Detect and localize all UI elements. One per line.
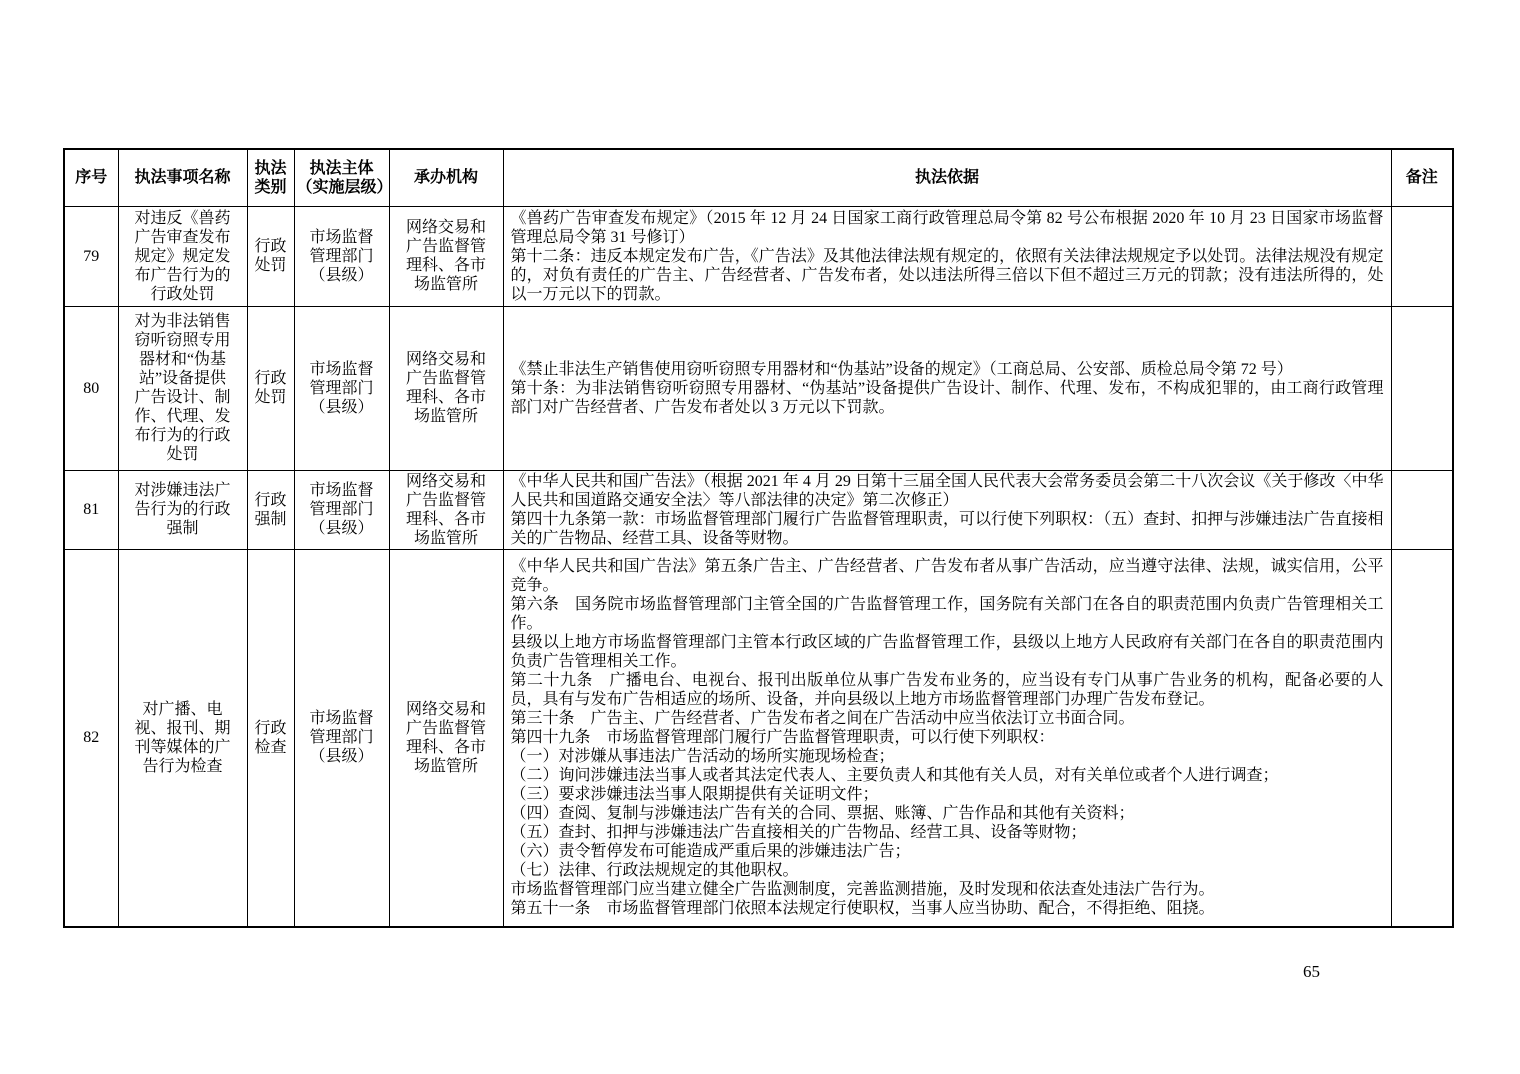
enforcement-items-table: 序号 执法事项名称 执法类别 执法主体（实施层级） 承办机构 执法依据 备注 7…: [63, 148, 1454, 928]
cell-basis: 《中华人民共和国广告法》（根据 2021 年 4 月 29 日第十三届全国人民代…: [503, 470, 1391, 549]
cell-subject: 市场监督管理部门（县级）: [294, 206, 389, 306]
document-page: 序号 执法事项名称 执法类别 执法主体（实施层级） 承办机构 执法依据 备注 7…: [0, 0, 1520, 1074]
cell-seq: 82: [64, 549, 118, 927]
cell-subject: 市场监督管理部门（县级）: [294, 306, 389, 470]
cell-item-name: 对违反《兽药广告审查发布规定》规定发布广告行为的行政处罚: [118, 206, 247, 306]
col-header-seq: 序号: [64, 149, 118, 206]
cell-category: 行政处罚: [247, 306, 294, 470]
table-header-row: 序号 执法事项名称 执法类别 执法主体（实施层级） 承办机构 执法依据 备注: [64, 149, 1453, 206]
cell-agency: 网络交易和广告监督管理科、各市场监管所: [389, 470, 503, 549]
cell-seq: 81: [64, 470, 118, 549]
cell-basis: 《中华人民共和国广告法》第五条广告主、广告经营者、广告发布者从事广告活动，应当遵…: [503, 549, 1391, 927]
cell-note: [1391, 470, 1453, 549]
col-header-item-name: 执法事项名称: [118, 149, 247, 206]
col-header-subject: 执法主体（实施层级）: [294, 149, 389, 206]
cell-item-name: 对广播、电视、报刊、期刊等媒体的广告行为检查: [118, 549, 247, 927]
col-header-agency: 承办机构: [389, 149, 503, 206]
cell-basis: 《禁止非法生产销售使用窃听窃照专用器材和“伪基站”设备的规定》（工商总局、公安部…: [503, 306, 1391, 470]
cell-category: 行政检查: [247, 549, 294, 927]
cell-item-name: 对为非法销售窃听窃照专用器材和“伪基站”设备提供广告设计、制作、代理、发布行为的…: [118, 306, 247, 470]
table-row: 82 对广播、电视、报刊、期刊等媒体的广告行为检查 行政检查 市场监督管理部门（…: [64, 549, 1453, 927]
cell-subject: 市场监督管理部门（县级）: [294, 549, 389, 927]
table-row: 79 对违反《兽药广告审查发布规定》规定发布广告行为的行政处罚 行政处罚 市场监…: [64, 206, 1453, 306]
cell-category: 行政处罚: [247, 206, 294, 306]
col-header-note: 备注: [1391, 149, 1453, 206]
cell-agency: 网络交易和广告监督管理科、各市场监管所: [389, 206, 503, 306]
cell-seq: 79: [64, 206, 118, 306]
cell-subject: 市场监督管理部门（县级）: [294, 470, 389, 549]
cell-basis: 《兽药广告审查发布规定》（2015 年 12 月 24 日国家工商行政管理总局令…: [503, 206, 1391, 306]
cell-note: [1391, 549, 1453, 927]
page-number: 65: [1303, 962, 1320, 982]
col-header-category: 执法类别: [247, 149, 294, 206]
cell-agency: 网络交易和广告监督管理科、各市场监管所: [389, 306, 503, 470]
table-row: 80 对为非法销售窃听窃照专用器材和“伪基站”设备提供广告设计、制作、代理、发布…: [64, 306, 1453, 470]
cell-note: [1391, 306, 1453, 470]
col-header-basis: 执法依据: [503, 149, 1391, 206]
cell-seq: 80: [64, 306, 118, 470]
table-row: 81 对涉嫌违法广告行为的行政强制 行政强制 市场监督管理部门（县级） 网络交易…: [64, 470, 1453, 549]
cell-item-name: 对涉嫌违法广告行为的行政强制: [118, 470, 247, 549]
cell-agency: 网络交易和广告监督管理科、各市场监管所: [389, 549, 503, 927]
cell-category: 行政强制: [247, 470, 294, 549]
cell-note: [1391, 206, 1453, 306]
